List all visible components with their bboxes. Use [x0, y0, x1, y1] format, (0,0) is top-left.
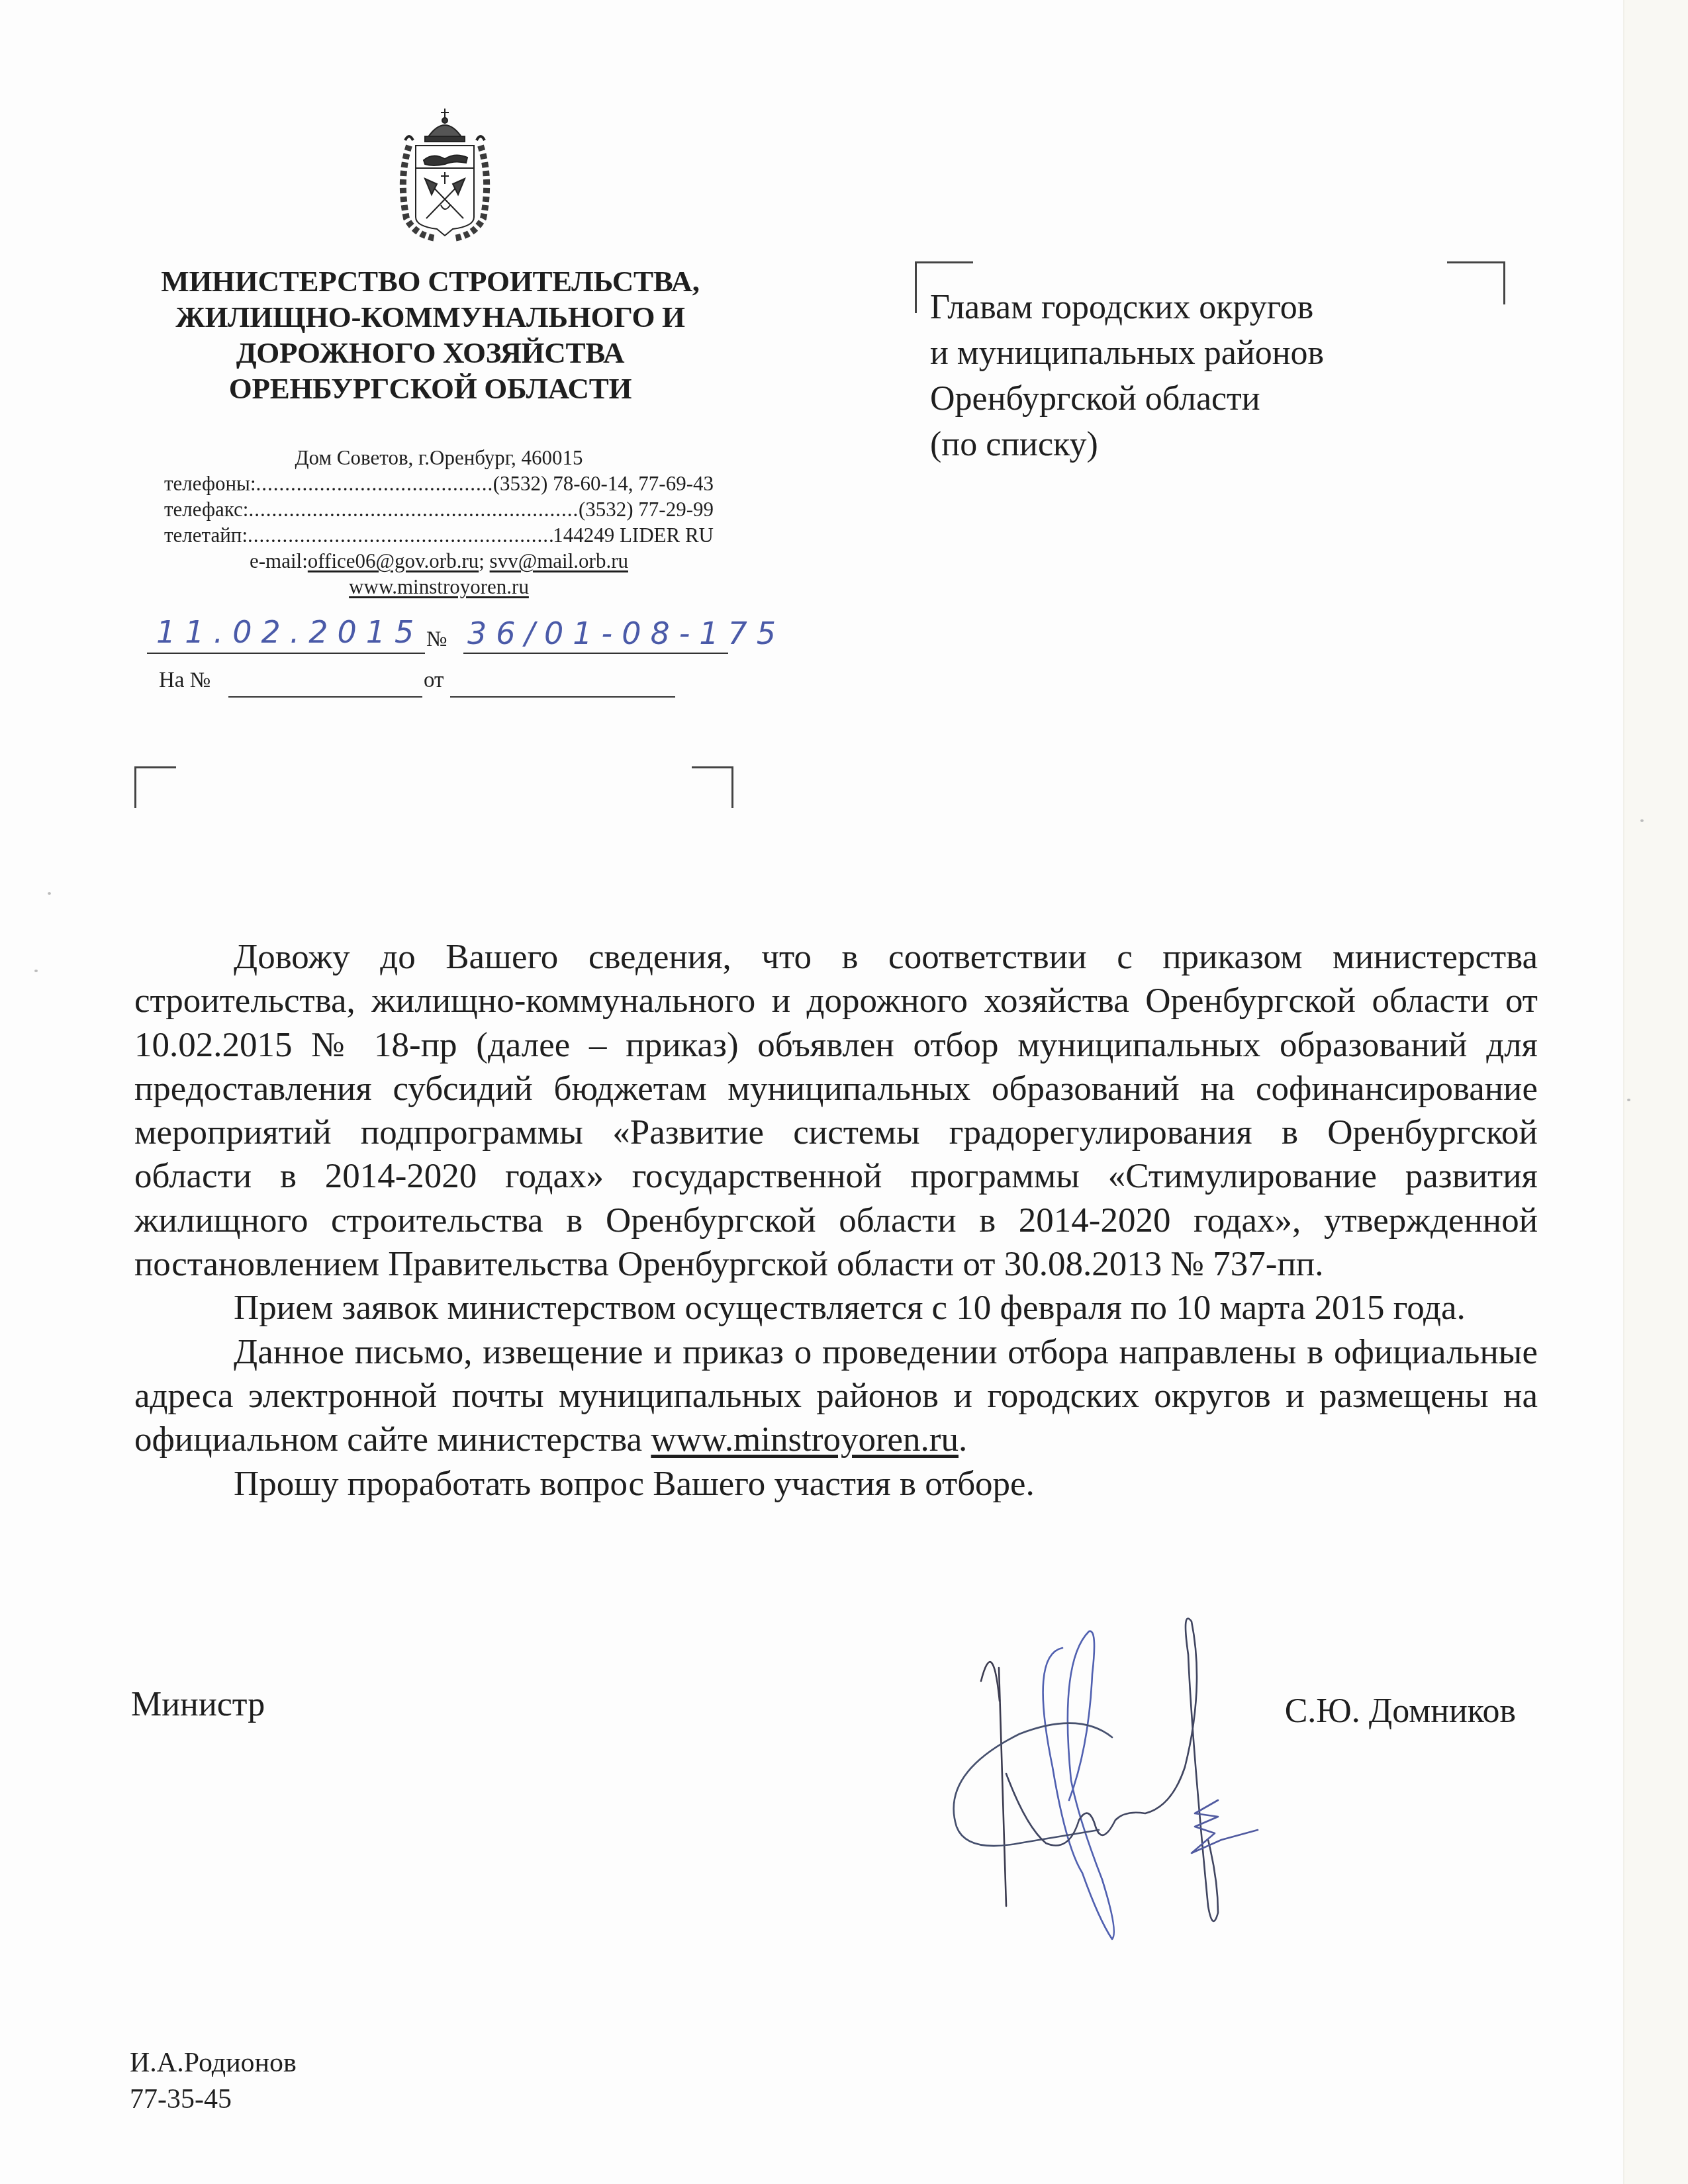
- reply-number-label: На №: [159, 668, 211, 693]
- body-paragraph: Прием заявок министерством осуществляетс…: [134, 1286, 1538, 1330]
- scan-speck: [34, 970, 38, 972]
- addressee-block: Главам городских округов и муниципальных…: [930, 285, 1324, 467]
- contact-row-phones: телефоны: (3532) 78-60-14, 77-69-43: [164, 471, 714, 496]
- contact-row-teletype: телетайп: 144249 LIDER RU: [164, 522, 714, 548]
- scan-speck: [1627, 1099, 1630, 1101]
- org-line: ДОРОЖНОГО ХОЗЯЙСТВА: [119, 335, 741, 371]
- org-line: МИНИСТЕРСТВО СТРОИТЕЛЬСТВА,: [119, 263, 741, 299]
- addressee-line: Оренбургской области: [930, 376, 1324, 422]
- reply-number-blank: [228, 696, 422, 698]
- org-line: ЖИЛИЩНО-КОММУНАЛЬНОГО И: [119, 299, 741, 335]
- body-paragraph: Довожу до Вашего сведения, что в соответ…: [134, 935, 1538, 1286]
- contact-value: (3532) 77-29-99: [579, 496, 714, 522]
- contact-block: Дом Советов, г.Оренбург, 460015 телефоны…: [164, 445, 714, 600]
- contact-value: (3532) 78-60-14, 77-69-43: [493, 471, 714, 496]
- executor-name: И.А.Родионов: [130, 2045, 297, 2081]
- corner-mark-top-left: [134, 766, 176, 808]
- email-label: e-mail:: [250, 549, 308, 572]
- address: Дом Советов, г.Оренбург, 460015: [164, 445, 714, 471]
- organization-name: МИНИСТЕРСТВО СТРОИТЕЛЬСТВА, ЖИЛИЩНО-КОММ…: [119, 263, 741, 406]
- contact-row-fax: телефакс: (3532) 77-29-99: [164, 496, 714, 522]
- org-line: ОРЕНБУРГСКОЙ ОБЛАСТИ: [119, 371, 741, 406]
- body-text: .: [959, 1420, 967, 1459]
- addressee-line: и муниципальных районов: [930, 330, 1324, 376]
- body-paragraph: Прошу проработать вопрос Вашего участия …: [134, 1462, 1538, 1506]
- email-row: e-mail:office06@gov.orb.ru; svv@mail.orb…: [164, 548, 714, 574]
- reply-from-label: от: [424, 668, 444, 693]
- website-row: www.minstroyoren.ru: [164, 574, 714, 600]
- registration-line: 11.02.2015 № 36/01-08-175: [147, 614, 743, 660]
- leader-dots: [248, 496, 579, 522]
- coat-of-arms-icon: [389, 106, 500, 242]
- handwritten-number: 36/01-08-175: [467, 615, 785, 651]
- body-website-link[interactable]: www.minstroyoren.ru: [651, 1420, 959, 1459]
- number-underline: [463, 653, 728, 654]
- leader-dots: [256, 471, 493, 496]
- executor-block: И.А.Родионов 77-35-45: [130, 2045, 297, 2118]
- leader-dots: [248, 522, 553, 548]
- reply-date-blank: [450, 696, 675, 698]
- handwritten-signature: [927, 1602, 1271, 1946]
- signatory-title: Министр: [131, 1685, 265, 1724]
- addressee-line: (по списку): [930, 422, 1324, 467]
- handwritten-date: 11.02.2015: [156, 614, 423, 650]
- number-sign: №: [426, 627, 447, 652]
- website-link[interactable]: www.minstroyoren.ru: [349, 575, 529, 598]
- scan-speck: [1640, 819, 1644, 822]
- corner-mark-top-right: [692, 766, 733, 808]
- signatory-name: С.Ю. Домников: [1218, 1692, 1516, 1731]
- addressee-corner-right: [1447, 261, 1505, 304]
- date-underline: [147, 653, 425, 654]
- contact-label: телефоны:: [164, 471, 256, 496]
- scan-speck: [48, 892, 51, 895]
- executor-phone: 77-35-45: [130, 2081, 297, 2118]
- scan-edge-strip: [1623, 0, 1688, 2184]
- body-paragraph: Данное письмо, извещение и приказ о пров…: [134, 1330, 1538, 1462]
- addressee-line: Главам городских округов: [930, 285, 1324, 330]
- contact-label: телефакс:: [164, 496, 248, 522]
- letter-body: Довожу до Вашего сведения, что в соответ…: [134, 935, 1538, 1506]
- email-separator: ;: [479, 549, 489, 572]
- email-link-svv[interactable]: svv@mail.orb.ru: [490, 549, 628, 572]
- contact-label: телетайп:: [164, 522, 248, 548]
- contact-value: 144249 LIDER RU: [553, 522, 714, 548]
- email-link-office[interactable]: office06@gov.orb.ru: [308, 549, 479, 572]
